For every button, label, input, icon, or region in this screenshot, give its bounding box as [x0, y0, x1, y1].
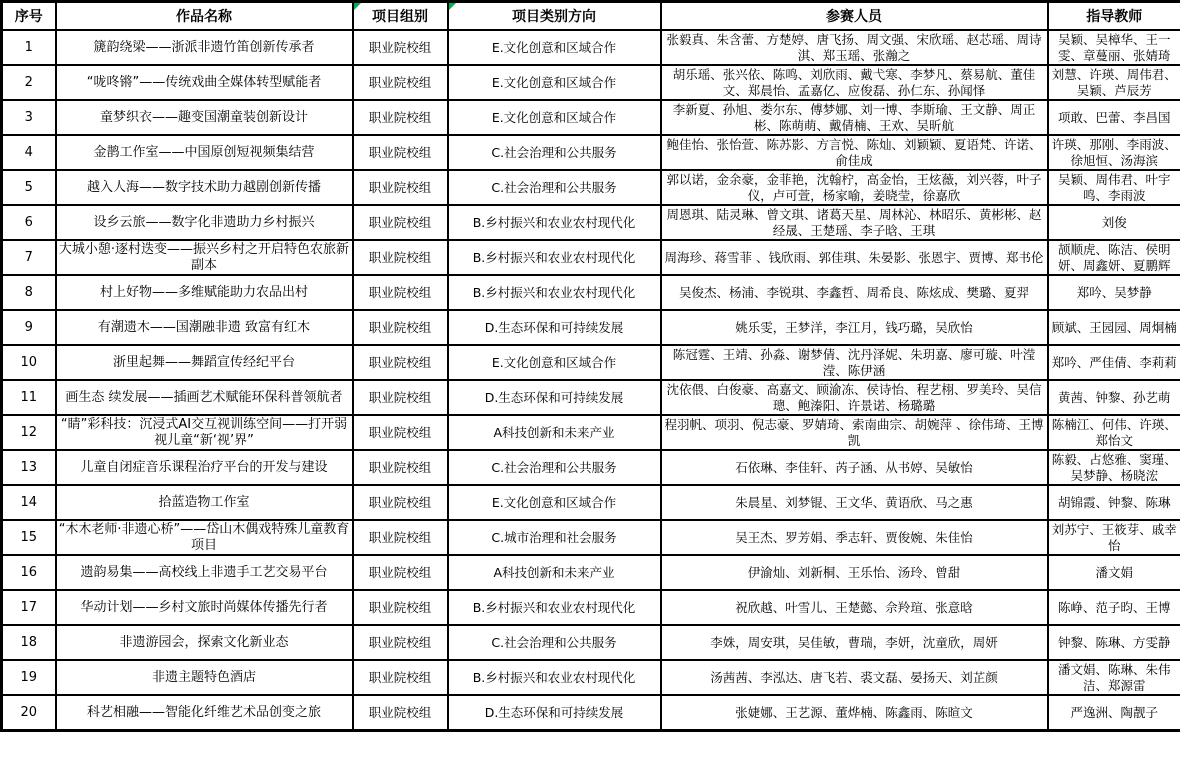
spreadsheet: 序号作品名称项目组别项目类别方向参赛人员指导教师 1篪韵绕梁——浙派非遗竹笛创新… [0, 0, 1180, 757]
row-number-cell[interactable]: 20 [2, 695, 56, 731]
project-category-cell[interactable]: B.乡村振兴和农业农村现代化 [448, 205, 661, 240]
teachers-cell[interactable]: 顾斌、王园园、周炯楠 [1048, 310, 1180, 345]
project-group-cell[interactable]: 职业院校组 [353, 170, 448, 205]
row-number-cell[interactable]: 14 [2, 485, 56, 520]
row-number-cell[interactable]: 6 [2, 205, 56, 240]
teachers-cell[interactable]: 许瑛、那刚、李雨波、徐旭恒、汤海滨 [1048, 135, 1180, 170]
teachers-cell[interactable]: 郑吟、严佳倩、李莉莉 [1048, 345, 1180, 380]
project-category-cell[interactable]: B.乡村振兴和农业农村现代化 [448, 275, 661, 310]
table-row: 1篪韵绕梁——浙派非遗竹笛创新传承者职业院校组E.文化创意和区域合作张毅真、朱含… [2, 30, 1180, 65]
table-row: 14拾蓝造物工作室职业院校组E.文化创意和区域合作朱晨星、刘梦锟、王文华、黄语欣… [2, 485, 1180, 520]
teachers-cell[interactable]: 黄茜、钟黎、孙艺萌 [1048, 380, 1180, 415]
participants-cell[interactable]: 吴俊杰、杨浦、李锐琪、李鑫哲、周希良、陈炫成、樊璐、夏羿 [661, 275, 1048, 310]
participants-cell[interactable]: 祝欣越、叶雪儿、王楚懿、佘羚瑄、张意晗 [661, 590, 1048, 625]
table-row: 2“咙咚锵”——传统戏曲全媒体转型赋能者职业院校组E.文化创意和区域合作胡乐瑶、… [2, 65, 1180, 100]
work-title-cell[interactable]: 拾蓝造物工作室 [56, 485, 353, 520]
project-group-cell[interactable]: 职业院校组 [353, 380, 448, 415]
work-title-cell[interactable]: 科艺相融——智能化纤维艺术品创变之旅 [56, 695, 353, 731]
work-title-cell[interactable]: 大城小憩·逐村迭变——振兴乡村之开启特色农旅新副本 [56, 240, 353, 275]
row-number-cell[interactable]: 12 [2, 415, 56, 450]
participants-cell[interactable]: 朱晨星、刘梦锟、王文华、黄语欣、马之惠 [661, 485, 1048, 520]
table-row: 16遗韵易集——高校线上非遗手工艺交易平台职业院校组A科技创新和未来产业伊渝灿、… [2, 555, 1180, 590]
table-row: 4金鹊工作室——中国原创短视频集结营职业院校组C.社会治理和公共服务鲍佳怡、张怡… [2, 135, 1180, 170]
project-group-cell[interactable]: 职业院校组 [353, 205, 448, 240]
header-cell-participants[interactable]: 参赛人员 [661, 2, 1048, 31]
header-cell-teachers[interactable]: 指导教师 [1048, 2, 1180, 31]
row-number-cell[interactable]: 8 [2, 275, 56, 310]
project-group-cell[interactable]: 职业院校组 [353, 450, 448, 485]
table-row: 17华动计划——乡村文旅时尚媒体传播先行者职业院校组B.乡村振兴和农业农村现代化… [2, 590, 1180, 625]
participants-cell[interactable]: 姚乐雯，王梦洋，李江月，钱巧璐，吴欣怡 [661, 310, 1048, 345]
teachers-cell[interactable]: 颉顺虎、陈洁、侯明妍、周鑫妍、夏鹏辉 [1048, 240, 1180, 275]
participants-cell[interactable]: 张毅真、朱含蕾、方楚婷、唐飞扬、周文强、宋欣瑶、赵芯瑶、周诗淇、郑玉瑶、张瀚之 [661, 30, 1048, 65]
participants-cell[interactable]: 汤茜茜、李泓达、唐飞若、裘文磊、晏扬天、刘芷颜 [661, 660, 1048, 695]
project-group-cell[interactable]: 职业院校组 [353, 625, 448, 660]
project-group-cell[interactable]: 职业院校组 [353, 30, 448, 65]
row-number-cell[interactable]: 11 [2, 380, 56, 415]
project-group-cell[interactable]: 职业院校组 [353, 695, 448, 731]
teachers-cell[interactable]: 潘文娟 [1048, 555, 1180, 590]
project-group-cell[interactable]: 职业院校组 [353, 240, 448, 275]
participants-cell[interactable]: 伊渝灿、刘新桐、王乐怡、汤玲、曾甜 [661, 555, 1048, 590]
project-group-cell[interactable]: 职业院校组 [353, 135, 448, 170]
competition-table: 序号作品名称项目组别项目类别方向参赛人员指导教师 1篪韵绕梁——浙派非遗竹笛创新… [0, 0, 1180, 732]
row-number-cell[interactable]: 3 [2, 100, 56, 135]
header-cell-number[interactable]: 序号 [2, 2, 56, 31]
header-cell-project-group[interactable]: 项目组别 [353, 2, 448, 31]
project-category-cell[interactable]: B.乡村振兴和农业农村现代化 [448, 590, 661, 625]
work-title-cell[interactable]: 越入人海——数字技术助力越剧创新传播 [56, 170, 353, 205]
project-category-cell[interactable]: D.生态环保和可持续发展 [448, 310, 661, 345]
project-category-cell[interactable]: D.生态环保和可持续发展 [448, 695, 661, 731]
project-category-cell[interactable]: C.社会治理和公共服务 [448, 170, 661, 205]
table-row: 10浙里起舞——舞蹈宣传经纪平台职业院校组E.文化创意和区域合作陈冠霆、王靖、孙… [2, 345, 1180, 380]
work-title-cell[interactable]: 篪韵绕梁——浙派非遗竹笛创新传承者 [56, 30, 353, 65]
project-category-cell[interactable]: E.文化创意和区域合作 [448, 65, 661, 100]
project-group-cell[interactable]: 职业院校组 [353, 310, 448, 345]
table-row: 20科艺相融——智能化纤维艺术品创变之旅职业院校组D.生态环保和可持续发展张婕娜… [2, 695, 1180, 731]
teachers-cell[interactable]: 陈毅、占悠雅、窦瑾、吴梦静、杨晓浤 [1048, 450, 1180, 485]
row-number-cell[interactable]: 19 [2, 660, 56, 695]
row-number-cell[interactable]: 4 [2, 135, 56, 170]
teachers-cell[interactable]: 吴颖、吴樟华、王一雯、章蔓丽、张婧琦 [1048, 30, 1180, 65]
participants-cell[interactable]: 周海珍、蒋雪菲 、钱欣雨、郭佳琪、朱晏影、张恩宇、贾博、郑书伦 [661, 240, 1048, 275]
table-row: 5越入人海——数字技术助力越剧创新传播职业院校组C.社会治理和公共服务郭以诺，金… [2, 170, 1180, 205]
table-row: 6设乡云旅——数字化非遗助力乡村振兴职业院校组B.乡村振兴和农业农村现代化周恩琪… [2, 205, 1180, 240]
teachers-cell[interactable]: 刘俊 [1048, 205, 1180, 240]
row-number-cell[interactable]: 2 [2, 65, 56, 100]
participants-cell[interactable]: 石依琳、李佳轩、芮子涵、从书婷、吴敏怡 [661, 450, 1048, 485]
project-category-cell[interactable]: C.社会治理和公共服务 [448, 625, 661, 660]
project-group-cell[interactable]: 职业院校组 [353, 415, 448, 450]
teachers-cell[interactable]: 严逸洲、陶靓子 [1048, 695, 1180, 731]
project-category-cell[interactable]: E.文化创意和区域合作 [448, 345, 661, 380]
project-category-cell[interactable]: B.乡村振兴和农业农村现代化 [448, 240, 661, 275]
excel-error-flag-icon [449, 3, 456, 10]
participants-cell[interactable]: 吴王杰、罗芳娟、季志轩、贾俊婉、朱佳怡 [661, 520, 1048, 555]
work-title-cell[interactable]: “木木老师·非遗心桥”——岱山木偶戏特殊儿童教育项目 [56, 520, 353, 555]
project-category-cell[interactable]: C.社会治理和公共服务 [448, 450, 661, 485]
project-group-cell[interactable]: 职业院校组 [353, 485, 448, 520]
work-title-cell[interactable]: “睛”彩科技：沉浸式AI交互视训练空间——打开弱视儿童“新‘视’界” [56, 415, 353, 450]
work-title-cell[interactable]: 华动计划——乡村文旅时尚媒体传播先行者 [56, 590, 353, 625]
participants-cell[interactable]: 张婕娜、王艺源、董烨楠、陈鑫雨、陈暄文 [661, 695, 1048, 731]
project-group-cell[interactable]: 职业院校组 [353, 100, 448, 135]
row-number-cell[interactable]: 5 [2, 170, 56, 205]
teachers-cell[interactable]: 项敢、巴蕾、李昌国 [1048, 100, 1180, 135]
participants-cell[interactable]: 郭以诺，金余豪，金菲艳，沈翰柠，高金怡，王炫薇，刘兴蓉，叶子仪，卢可萱，杨家喻，… [661, 170, 1048, 205]
row-number-cell[interactable]: 7 [2, 240, 56, 275]
participants-cell[interactable]: 陈冠霆、王靖、孙淼、谢梦倩、沈丹泽妮、朱玥嘉、廖可璇、叶滢滢、陈伊涵 [661, 345, 1048, 380]
work-title-cell[interactable]: 设乡云旅——数字化非遗助力乡村振兴 [56, 205, 353, 240]
teachers-cell[interactable]: 刘苏宁、王筱芽、戚幸怡 [1048, 520, 1180, 555]
table-row: 3童梦织衣——趣变国潮童装创新设计职业院校组E.文化创意和区域合作李新夏、孙旭、… [2, 100, 1180, 135]
participants-cell[interactable]: 程羽帆、项羽、倪志豪、罗婧琦、索南曲宗、胡婉萍 、徐伟琦、王博凯 [661, 415, 1048, 450]
project-group-cell[interactable]: 职业院校组 [353, 275, 448, 310]
row-number-cell[interactable]: 18 [2, 625, 56, 660]
row-number-cell[interactable]: 16 [2, 555, 56, 590]
row-number-cell[interactable]: 13 [2, 450, 56, 485]
header-cell-project-category[interactable]: 项目类别方向 [448, 2, 661, 31]
work-title-cell[interactable]: 金鹊工作室——中国原创短视频集结营 [56, 135, 353, 170]
project-category-cell[interactable]: E.文化创意和区域合作 [448, 485, 661, 520]
header-cell-work-title[interactable]: 作品名称 [56, 2, 353, 31]
project-category-cell[interactable]: A科技创新和未来产业 [448, 555, 661, 590]
project-category-cell[interactable]: A科技创新和未来产业 [448, 415, 661, 450]
participants-cell[interactable]: 周恩琪、陆灵琳、曾文琪、诸葛天星、周林沁、林昭乐、黄彬彬、赵经晟、王楚瑶、李子晗… [661, 205, 1048, 240]
work-title-cell[interactable]: “咙咚锵”——传统戏曲全媒体转型赋能者 [56, 65, 353, 100]
project-group-cell[interactable]: 职业院校组 [353, 555, 448, 590]
work-title-cell[interactable]: 非遗游园会，探索文化新业态 [56, 625, 353, 660]
work-title-cell[interactable]: 有潮遗木——国潮融非遗 致富有红木 [56, 310, 353, 345]
teachers-cell[interactable]: 陈楠江、何伟、许瑛、郑怡文 [1048, 415, 1180, 450]
project-group-cell[interactable]: 职业院校组 [353, 65, 448, 100]
work-title-cell[interactable]: 遗韵易集——高校线上非遗手工艺交易平台 [56, 555, 353, 590]
teachers-cell[interactable]: 钟黎、陈琳、方雯静 [1048, 625, 1180, 660]
project-category-cell[interactable]: B.乡村振兴和农业农村现代化 [448, 660, 661, 695]
row-number-cell[interactable]: 1 [2, 30, 56, 65]
row-number-cell[interactable]: 10 [2, 345, 56, 380]
teachers-cell[interactable]: 刘慧、许瑛、周伟君、吴颖、芦辰芳 [1048, 65, 1180, 100]
work-title-cell[interactable]: 村上好物——多维赋能助力农品出村 [56, 275, 353, 310]
project-category-cell[interactable]: E.文化创意和区域合作 [448, 100, 661, 135]
row-number-cell[interactable]: 17 [2, 590, 56, 625]
row-number-cell[interactable]: 9 [2, 310, 56, 345]
project-category-cell[interactable]: C.社会治理和公共服务 [448, 135, 661, 170]
teachers-cell[interactable]: 陈峥、范子昀、王博 [1048, 590, 1180, 625]
project-group-cell[interactable]: 职业院校组 [353, 520, 448, 555]
header-row: 序号作品名称项目组别项目类别方向参赛人员指导教师 [2, 2, 1180, 31]
project-category-cell[interactable]: D.生态环保和可持续发展 [448, 380, 661, 415]
participants-cell[interactable]: 李新夏、孙旭、娄尔东、傅梦娜、刘一博、李斯瑜、王文静、周正彬、陈萌萌、戴倩楠、王… [661, 100, 1048, 135]
work-title-cell[interactable]: 童梦织衣——趣变国潮童装创新设计 [56, 100, 353, 135]
table-row: 8村上好物——多维赋能助力农品出村职业院校组B.乡村振兴和农业农村现代化吴俊杰、… [2, 275, 1180, 310]
project-category-cell[interactable]: C.城市治理和社会服务 [448, 520, 661, 555]
teachers-cell[interactable]: 郑吟、吴梦静 [1048, 275, 1180, 310]
table-row: 19非遗主题特色酒店职业院校组B.乡村振兴和农业农村现代化汤茜茜、李泓达、唐飞若… [2, 660, 1180, 695]
project-category-cell[interactable]: E.文化创意和区域合作 [448, 30, 661, 65]
participants-cell[interactable]: 胡乐瑶、张兴依、陈鸣、刘欣雨、戴弋寒、李梦凡、蔡易航、董佳文、郑晨怡、孟嘉亿、应… [661, 65, 1048, 100]
teachers-cell[interactable]: 吴颖、周伟君、叶宇鸣、李雨波 [1048, 170, 1180, 205]
participants-cell[interactable]: 鲍佳怡、张怡萱、陈苏影、方言悦、陈灿、刘颖颖、夏语梵、许诺、俞佳成 [661, 135, 1048, 170]
table-body: 1篪韵绕梁——浙派非遗竹笛创新传承者职业院校组E.文化创意和区域合作张毅真、朱含… [2, 30, 1180, 731]
teachers-cell[interactable]: 胡锦霞、钟黎、陈琳 [1048, 485, 1180, 520]
teachers-cell[interactable]: 潘文娟、陈琳、朱伟洁、郑源雷 [1048, 660, 1180, 695]
work-title-cell[interactable]: 画生态 续发展——插画艺术赋能环保科普领航者 [56, 380, 353, 415]
table-row: 9有潮遗木——国潮融非遗 致富有红木职业院校组D.生态环保和可持续发展姚乐雯，王… [2, 310, 1180, 345]
table-row: 13儿童自闭症音乐课程治疗平台的开发与建设职业院校组C.社会治理和公共服务石依琳… [2, 450, 1180, 485]
participants-cell[interactable]: 李姝，周安琪，吴佳敏，曹瑞，李妍，沈童欣，周妍 [661, 625, 1048, 660]
participants-cell[interactable]: 沈依偎、白俊豪、高嘉文、顾渝冻、侯诗怡、程艺栩、罗美玲、吴信璁、鲍溱阳、许景诺、… [661, 380, 1048, 415]
table-row: 15“木木老师·非遗心桥”——岱山木偶戏特殊儿童教育项目职业院校组C.城市治理和… [2, 520, 1180, 555]
work-title-cell[interactable]: 儿童自闭症音乐课程治疗平台的开发与建设 [56, 450, 353, 485]
table-row: 18非遗游园会，探索文化新业态职业院校组C.社会治理和公共服务李姝，周安琪，吴佳… [2, 625, 1180, 660]
work-title-cell[interactable]: 非遗主题特色酒店 [56, 660, 353, 695]
table-row: 12“睛”彩科技：沉浸式AI交互视训练空间——打开弱视儿童“新‘视’界”职业院校… [2, 415, 1180, 450]
project-group-cell[interactable]: 职业院校组 [353, 590, 448, 625]
project-group-cell[interactable]: 职业院校组 [353, 660, 448, 695]
table-row: 11画生态 续发展——插画艺术赋能环保科普领航者职业院校组D.生态环保和可持续发… [2, 380, 1180, 415]
table-row: 7大城小憩·逐村迭变——振兴乡村之开启特色农旅新副本职业院校组B.乡村振兴和农业… [2, 240, 1180, 275]
project-group-cell[interactable]: 职业院校组 [353, 345, 448, 380]
excel-error-flag-icon [354, 3, 361, 10]
work-title-cell[interactable]: 浙里起舞——舞蹈宣传经纪平台 [56, 345, 353, 380]
row-number-cell[interactable]: 15 [2, 520, 56, 555]
